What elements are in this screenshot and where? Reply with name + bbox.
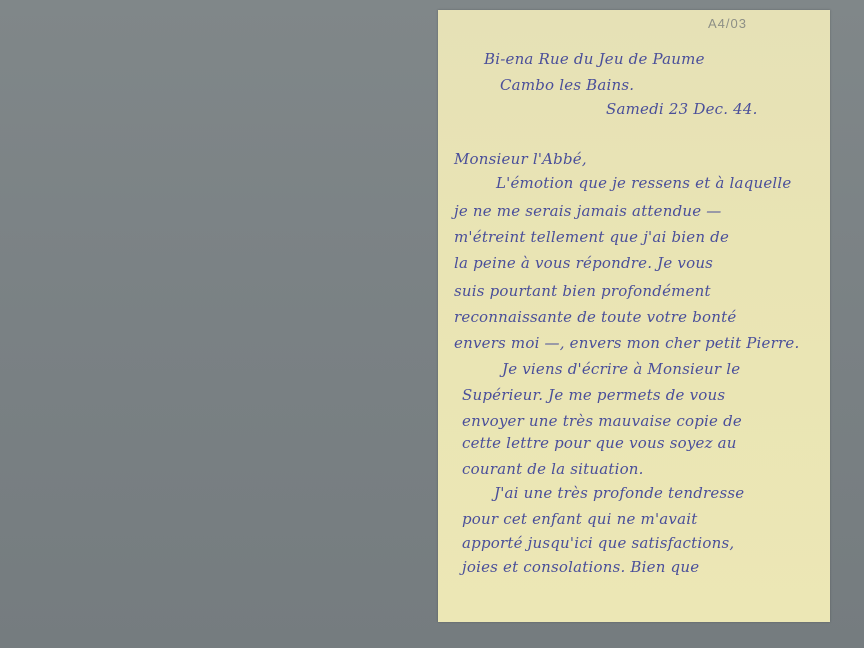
address-line-1: Bi-ena Rue du Jeu de Paume [484, 50, 705, 68]
body-line: joies et consolations. Bien que [462, 558, 699, 576]
body-line: envoyer une très mauvaise copie de [462, 412, 742, 430]
body-line: je ne me serais jamais attendue — [454, 202, 722, 220]
body-line: L'émotion que je ressens et à laquelle [496, 174, 792, 192]
body-line: m'étreint tellement que j'ai bien de [454, 228, 729, 246]
body-line: courant de la situation. [462, 460, 644, 478]
letter-page: A4/03 Bi-ena Rue du Jeu de Paume Cambo l… [438, 10, 830, 622]
body-line: cette lettre pour que vous soyez au [462, 434, 737, 452]
body-line: J'ai une très profonde tendresse [494, 484, 744, 502]
body-line: envers moi —, envers mon cher petit Pier… [454, 334, 799, 352]
letter-date: Samedi 23 Dec. 44. [606, 100, 758, 118]
body-line: la peine à vous répondre. Je vous [454, 254, 713, 272]
address-line-2: Cambo les Bains. [500, 76, 634, 94]
body-line: Je viens d'écrire à Monsieur le [502, 360, 740, 378]
body-line: reconnaissante de toute votre bonté [454, 308, 736, 326]
body-line: Supérieur. Je me permets de vous [462, 386, 725, 404]
archive-mark: A4/03 [708, 16, 747, 31]
body-line: apporté jusqu'ici que satisfactions, [462, 534, 734, 552]
body-line: suis pourtant bien profondément [454, 282, 711, 300]
body-line: pour cet enfant qui ne m'avait [462, 510, 697, 528]
salutation: Monsieur l'Abbé, [454, 150, 587, 168]
